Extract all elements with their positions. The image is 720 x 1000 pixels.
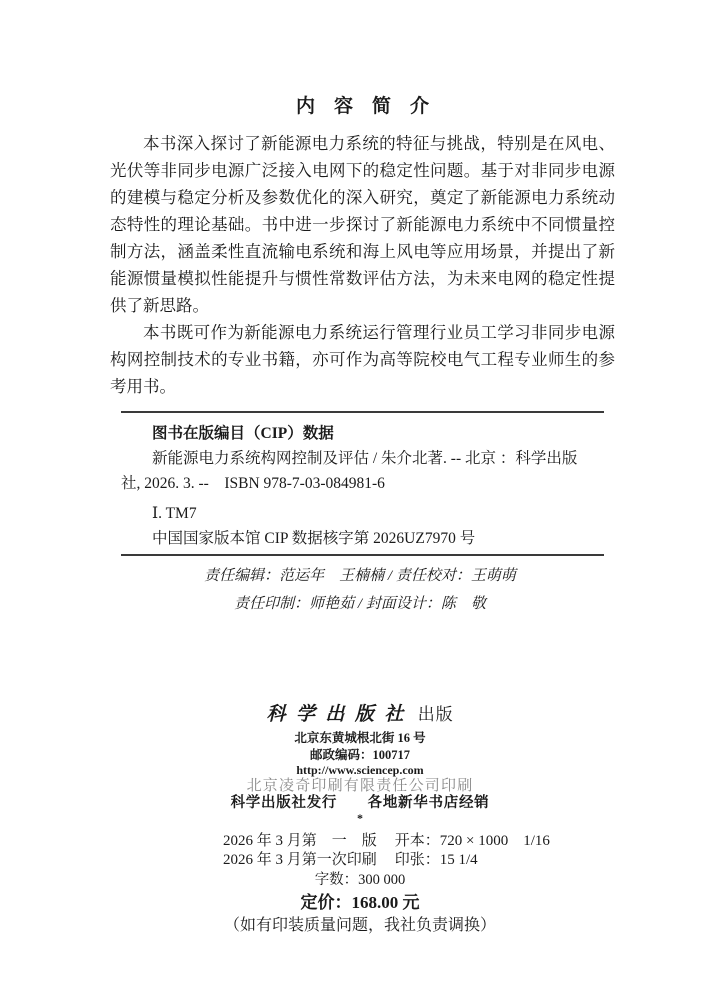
publisher-website: http://www.sciencep.com bbox=[0, 763, 720, 777]
impression-date: 2026 年 3 月第一次印刷 bbox=[223, 852, 377, 868]
edition-date: 2026 年 3 月第 一 版 bbox=[223, 833, 377, 849]
summary-paragraph-1: 本书深入探讨了新能源电力系统的特征与挑战，特别是在风电、光伏等非同步电源广泛接入… bbox=[110, 130, 615, 319]
publisher-brand-line: 科学出版社 出版 bbox=[0, 701, 720, 730]
cip-data-section: 图书在版编目（CIP）数据 新能源电力系统构网控制及评估 / 朱介北著. -- … bbox=[121, 421, 604, 551]
first-impression-line: 2026 年 3 月第一次印刷印张：15 1/4 bbox=[223, 851, 550, 870]
publisher-section: 科学出版社 出版 北京东黄城根北街 16 号 邮政编码：100717 http:… bbox=[0, 701, 720, 824]
distribution-line: 科学出版社发行 各地新华书店经销 bbox=[0, 795, 720, 812]
publisher-suffix: 出版 bbox=[418, 705, 454, 724]
word-count: 字数：300 000 bbox=[0, 870, 720, 891]
printing-design-line: 责任印制：师艳茹 / 封面设计：陈 敬 bbox=[0, 591, 720, 617]
book-format: 开本：720 × 1000 1/16 bbox=[395, 833, 550, 849]
cip-record-line-2: 社, 2026. 3. -- ISBN 978-7-03-084981-6 bbox=[121, 471, 604, 496]
publisher-logo-text: 科学出版社 bbox=[267, 704, 414, 725]
summary-paragraph-2: 本书既可作为新能源电力系统运行管理行业员工学习非同步电源构网控制技术的专业书籍，… bbox=[110, 319, 615, 400]
price: 定价：168.00 元 bbox=[0, 891, 720, 914]
quality-notice: （如有印装质量问题，我社负责调换） bbox=[0, 914, 720, 937]
copyright-page: 内 容 简 介 本书深入探讨了新能源电力系统的特征与挑战，特别是在风电、光伏等非… bbox=[0, 0, 720, 1000]
horizontal-rule-top bbox=[121, 411, 604, 413]
cip-classification: Ⅰ. TM7 bbox=[121, 501, 604, 526]
cip-header: 图书在版编目（CIP）数据 bbox=[121, 421, 604, 446]
publisher-address: 北京东黄城根北街 16 号 bbox=[0, 730, 720, 747]
staff-credits: 责任编辑：范运年 王楠楠 / 责任校对：王萌萌 责任印制：师艳茹 / 封面设计：… bbox=[0, 563, 720, 617]
publisher-postcode: 邮政编码：100717 bbox=[0, 747, 720, 763]
price-section: 字数：300 000 定价：168.00 元 （如有印装质量问题，我社负责调换） bbox=[0, 870, 720, 937]
editors-line: 责任编辑：范运年 王楠楠 / 责任校对：王萌萌 bbox=[0, 563, 720, 589]
first-edition-line: 2026 年 3 月第 一 版开本：720 × 1000 1/16 bbox=[223, 832, 550, 851]
printer-company: 北京凌奇印刷有限责任公司印刷 bbox=[0, 777, 720, 795]
printed-sheets: 印张：15 1/4 bbox=[395, 852, 478, 868]
cip-registry-number: 中国国家版本馆 CIP 数据核字第 2026UZ7970 号 bbox=[121, 526, 604, 551]
content-summary-title: 内 容 简 介 bbox=[110, 94, 615, 120]
separator-star: * bbox=[0, 812, 720, 824]
content-summary-section: 内 容 简 介 本书深入探讨了新能源电力系统的特征与挑战，特别是在风电、光伏等非… bbox=[110, 94, 615, 400]
horizontal-rule-bottom bbox=[121, 554, 604, 556]
edition-info: 2026 年 3 月第 一 版开本：720 × 1000 1/16 2026 年… bbox=[223, 832, 550, 870]
cip-record-line-1: 新能源电力系统构网控制及评估 / 朱介北著. -- 北京 ：科学出版 bbox=[121, 446, 604, 471]
